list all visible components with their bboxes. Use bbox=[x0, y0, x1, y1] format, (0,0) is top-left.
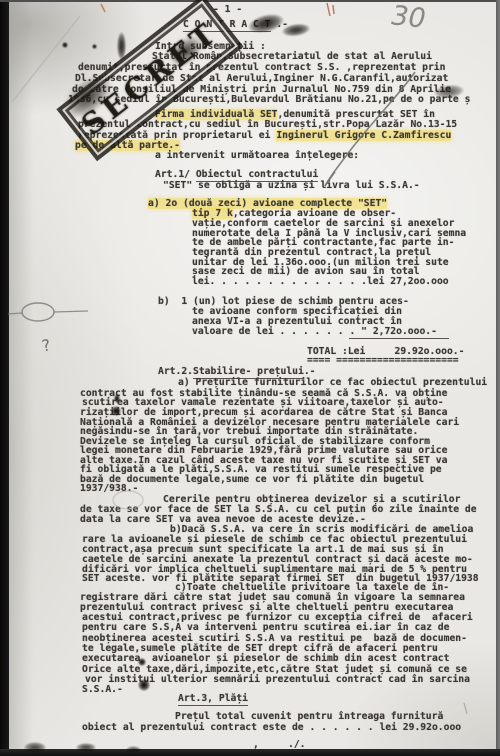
pencil-circle-line bbox=[8, 311, 88, 314]
ink-streak-margin bbox=[117, 32, 126, 60]
ink-dot-lower bbox=[138, 658, 146, 666]
paper-crease bbox=[12, 16, 80, 102]
edge-blot bbox=[76, 743, 96, 752]
red-mark bbox=[327, 3, 334, 16]
pencil-tick bbox=[464, 703, 467, 714]
ink-blob-margin bbox=[111, 406, 121, 416]
pencil-circle-doodle bbox=[22, 303, 54, 321]
edge-blot-2 bbox=[126, 746, 141, 753]
ink-dot-margin bbox=[114, 394, 120, 403]
ink-dot-2 bbox=[92, 44, 97, 49]
ink-blob-lower bbox=[138, 679, 150, 691]
red-mark-2 bbox=[101, 4, 105, 12]
pencil-stroke bbox=[325, 72, 415, 186]
ink-dot bbox=[62, 42, 68, 48]
pencil-stroke-hook bbox=[325, 172, 335, 186]
pencil-faint-circle bbox=[113, 491, 143, 509]
scanned-contract-page: - 1 - C O N T R A C T .- Intre subsemnaț… bbox=[0, 0, 500, 756]
edge-blot-3 bbox=[24, 742, 46, 753]
